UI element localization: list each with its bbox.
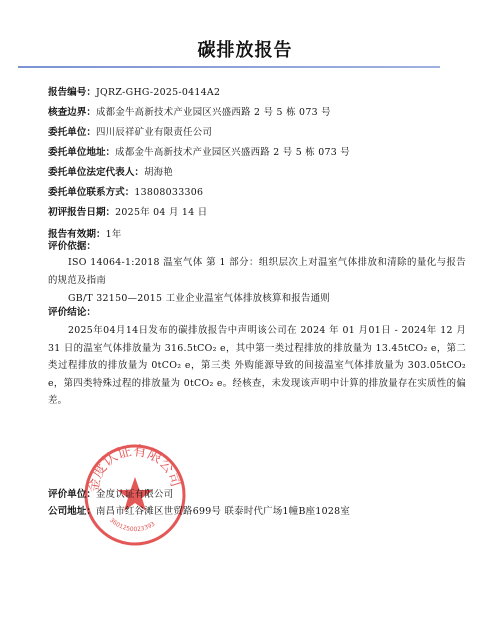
initial-date-value: 2025年 04 月 14 日 <box>115 207 207 218</box>
title-divider <box>18 66 440 68</box>
contact-value: 13808033306 <box>134 187 203 198</box>
client-address-value: 成都金牛高新技术产业园区兴盛西路 2 号 5 栋 073 号 <box>115 147 350 158</box>
evaluator-label: 评价单位： <box>48 489 96 500</box>
company-address-label: 公司地址： <box>48 506 96 517</box>
report-no-value: JQRZ-GHG-2025-0414A2 <box>96 87 220 98</box>
field-client-address: 委托单位地址：成都金牛高新技术产业园区兴盛西路 2 号 5 栋 073 号 <box>48 146 350 160</box>
boundary-value: 成都金牛高新技术产业园区兴盛西路 2 号 5 栋 073 号 <box>96 107 331 118</box>
report-no-label: 报告编号： <box>48 87 96 98</box>
field-initial-date: 初评报告日期：2025年 04 月 14 日 <box>48 206 207 220</box>
validity-value: 1年 <box>106 229 122 240</box>
initial-date-label: 初评报告日期： <box>48 207 115 218</box>
client-label: 委托单位： <box>48 127 96 138</box>
field-contact: 委托单位联系方式：13808033306 <box>48 186 203 200</box>
field-legal-rep: 委托单位法定代表人：胡海艳 <box>48 166 173 180</box>
field-evaluator: 评价单位：金度认证有限公司 <box>48 488 173 502</box>
conclusion-heading: 评价结论： <box>48 306 96 320</box>
company-address-value: 南昌市红谷滩区世贸路699号 联泰时代广场1幢B座1028室 <box>96 506 350 517</box>
client-value: 四川辰祥矿业有限责任公司 <box>96 127 212 138</box>
legal-rep-label: 委托单位法定代表人： <box>48 167 144 178</box>
client-address-label: 委托单位地址： <box>48 147 115 158</box>
svg-text:3601250023393: 3601250023393 <box>108 517 156 533</box>
basis-heading: 评价依据： <box>48 240 96 254</box>
basis-item-iso: ISO 14064-1:2018 温室气体 第 1 部分：组织层次上对温室气体排… <box>48 254 466 289</box>
field-company-address: 公司地址：南昌市红谷滩区世贸路699号 联泰时代广场1幢B座1028室 <box>48 505 350 519</box>
basis-item-gbt: GB/T 32150—2015 工业企业温室气体排放核算和报告通则 <box>48 290 466 308</box>
evaluator-value: 金度认证有限公司 <box>96 489 173 500</box>
conclusion-text: 2025年04月14日发布的碳排放报告中声明该公司在 2024 年 01 月01… <box>48 322 466 410</box>
field-boundary: 核查边界：成都金牛高新技术产业园区兴盛西路 2 号 5 栋 073 号 <box>48 106 331 120</box>
contact-label: 委托单位联系方式： <box>48 187 134 198</box>
legal-rep-value: 胡海艳 <box>144 167 173 178</box>
boundary-label: 核查边界： <box>48 107 96 118</box>
report-title: 碳排放报告 <box>0 36 490 62</box>
field-report-no: 报告编号：JQRZ-GHG-2025-0414A2 <box>48 86 220 100</box>
validity-label: 报告有效期： <box>48 229 106 240</box>
field-client: 委托单位：四川辰祥矿业有限责任公司 <box>48 126 212 140</box>
